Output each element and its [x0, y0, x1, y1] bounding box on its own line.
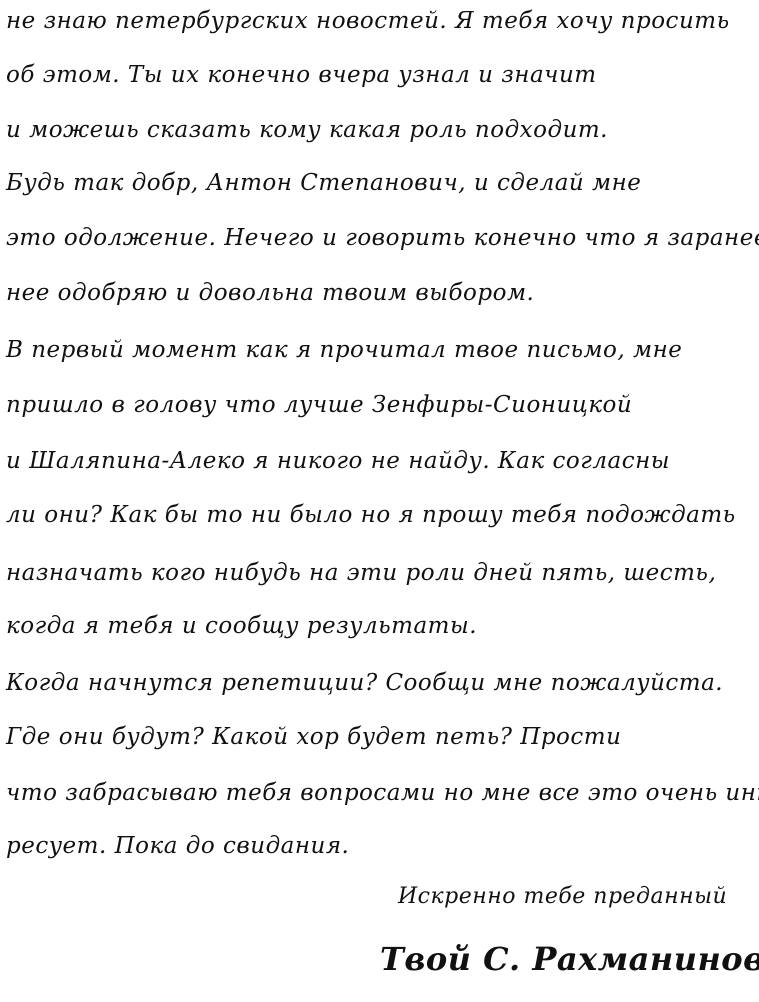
- letter-line-16: ресует. Пока до свидания.: [6, 833, 349, 859]
- letter-line-2: об этом. Ты их конечно вчера узнал и зна…: [6, 62, 597, 88]
- letter-line-11: назначать кого нибудь на эти роли дней п…: [6, 560, 716, 586]
- letter-line-6: нее одобряю и довольна твоим выбором.: [6, 280, 534, 306]
- letter-line-5: это одолжение. Нечего и говорить конечно…: [6, 225, 759, 251]
- letter-line-1: не знаю петербургских новостей. Я тебя х…: [6, 8, 730, 34]
- letter-signature: Твой С. Рахманинов: [380, 940, 759, 978]
- letter-line-7: В первый момент как я прочитал твое пись…: [6, 337, 682, 363]
- letter-line-12: когда я тебя и сообщу результаты.: [6, 613, 477, 639]
- handwritten-letter-page: не знаю петербургских новостей. Я тебя х…: [0, 0, 759, 1002]
- letter-line-3: и можешь сказать кому какая роль подходи…: [6, 117, 608, 143]
- letter-line-15: что забрасываю тебя вопросами но мне все…: [6, 780, 759, 806]
- letter-closing: Искренно тебе преданный: [398, 884, 727, 909]
- letter-line-9: и Шаляпина-Алеко я никого не найду. Как …: [6, 448, 670, 474]
- letter-line-4: Будь так добр, Антон Степанович, и сдела…: [6, 170, 641, 196]
- letter-line-8: пришло в голову что лучше Зенфиры-Сиониц…: [6, 392, 632, 418]
- letter-line-13: Когда начнутся репетиции? Сообщи мне пож…: [6, 670, 723, 696]
- letter-line-10: ли они? Как бы то ни было но я прошу теб…: [6, 502, 736, 528]
- letter-line-14: Где они будут? Какой хор будет петь? Про…: [6, 724, 621, 750]
